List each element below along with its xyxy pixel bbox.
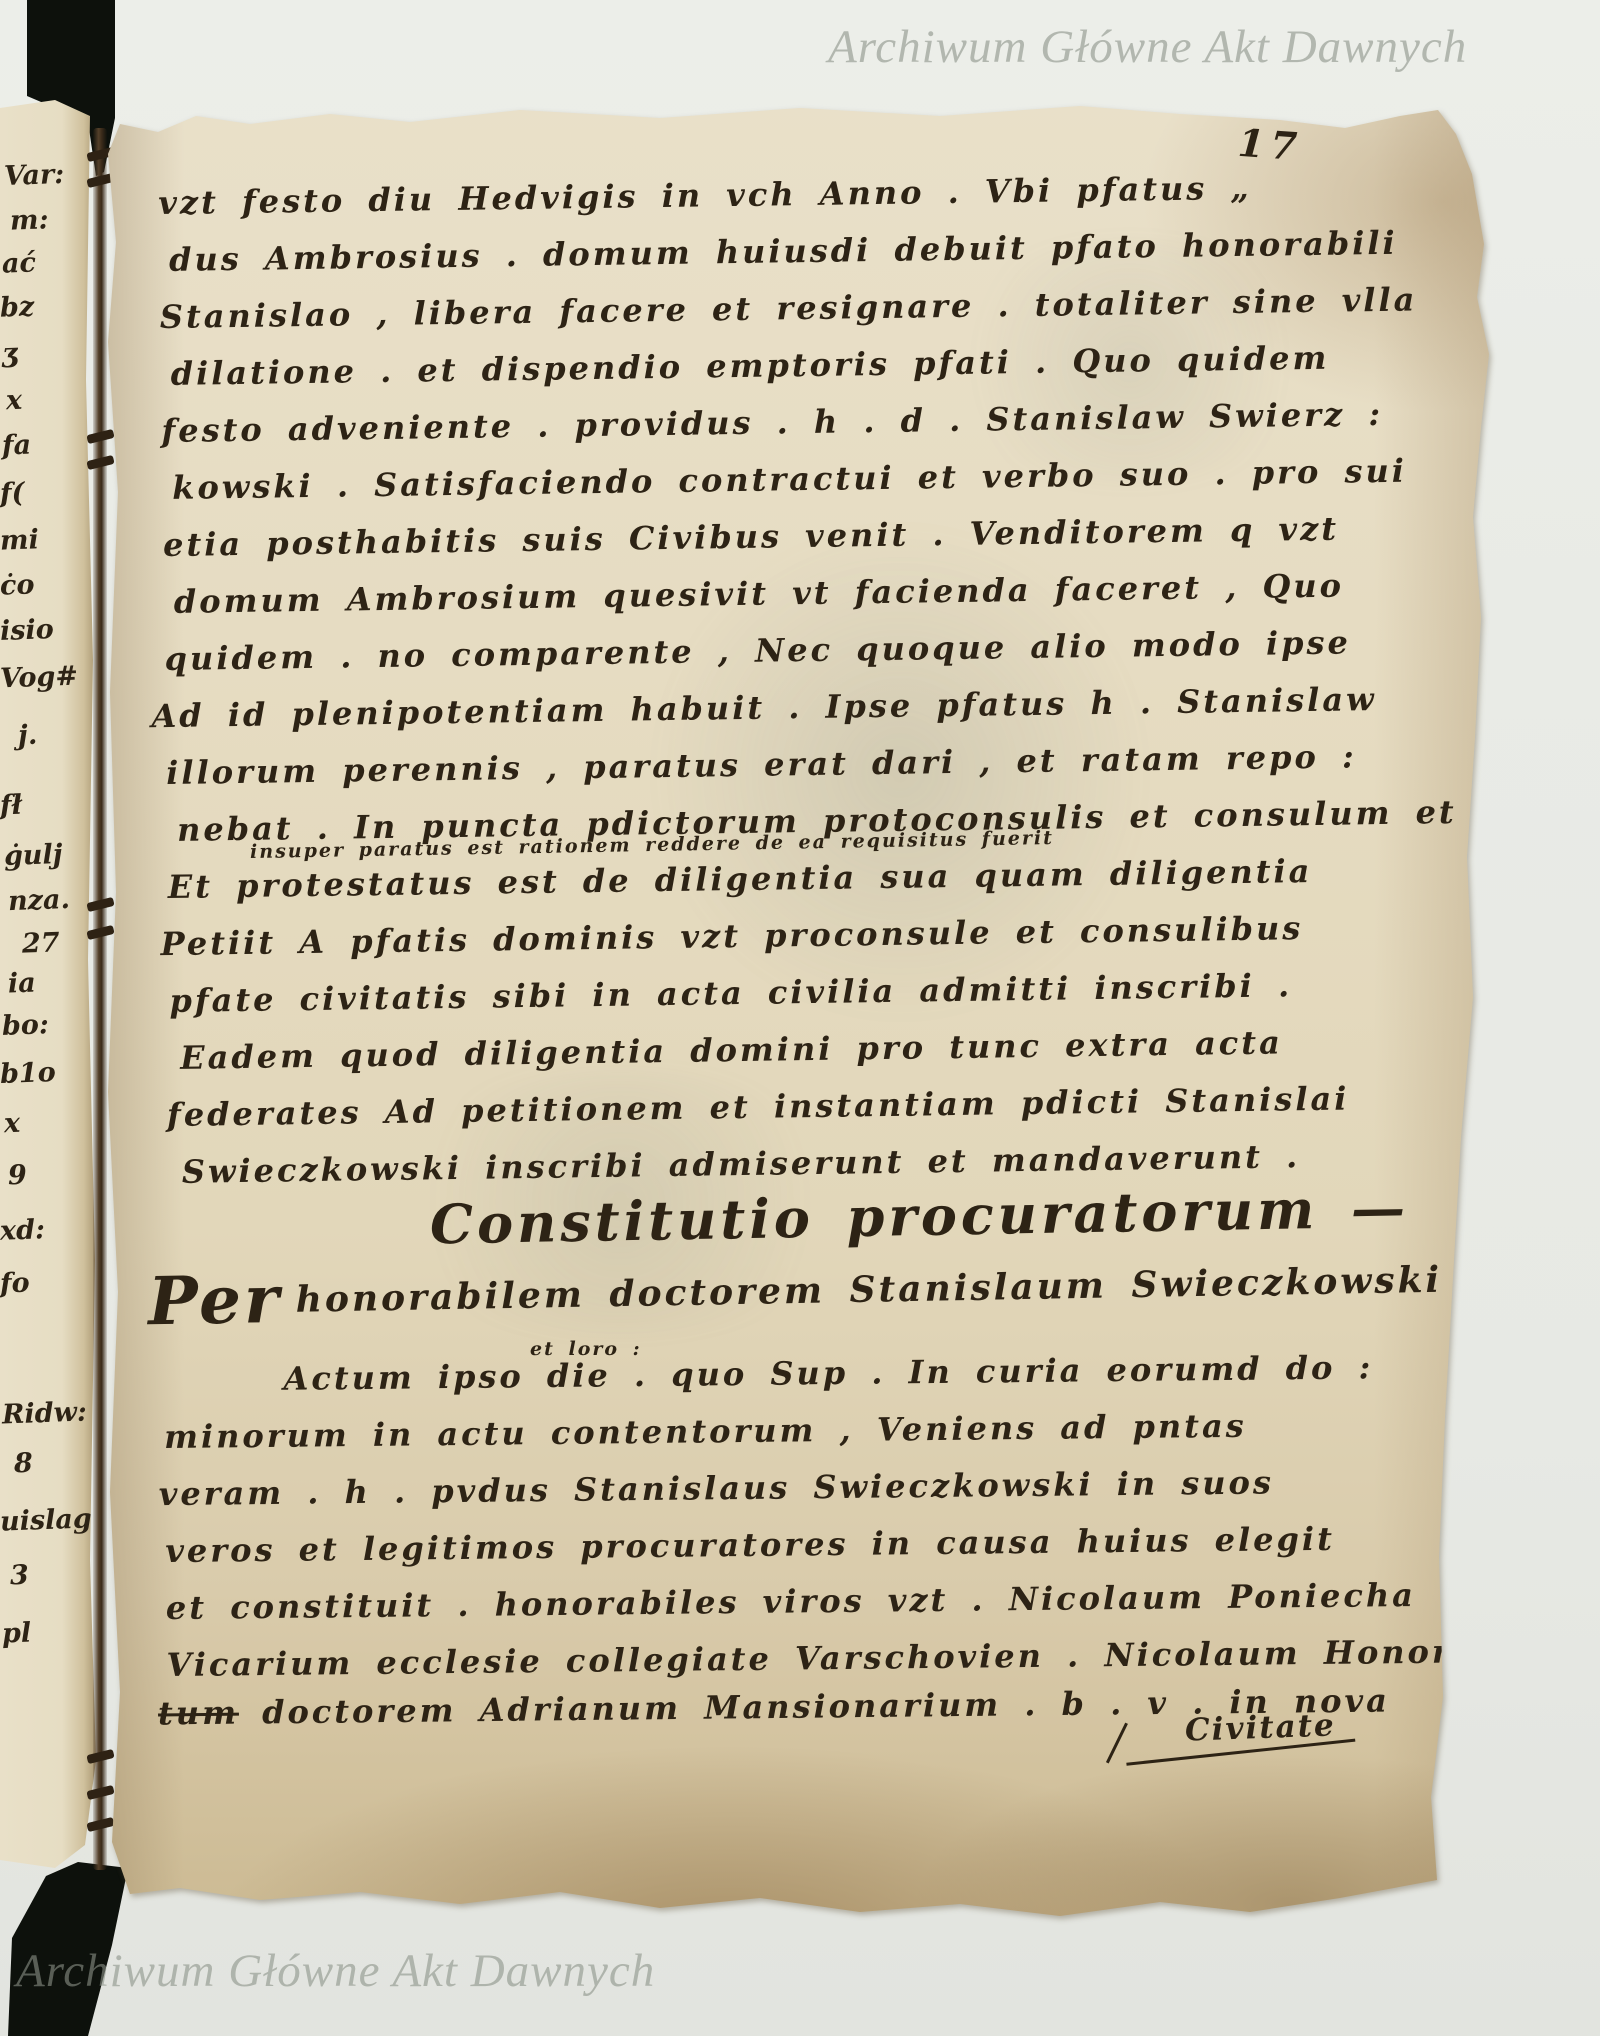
struck-word: tum bbox=[158, 1694, 239, 1733]
manuscript-text-block-2: Actum ipso die . quo Sup . In curia eoru… bbox=[163, 1338, 1514, 1694]
manuscript-page-wrap: 17 vzt festo diu Hedvigis in vch Anno . … bbox=[0, 0, 1600, 2036]
initial-capital: Per bbox=[147, 1260, 296, 1341]
archive-watermark-top: Archiwum Główne Akt Dawnych bbox=[828, 20, 1467, 74]
archive-watermark-bottom: Archiwum Główne Akt Dawnych bbox=[16, 1944, 655, 1998]
closing-word: Civitate bbox=[1184, 1707, 1336, 1748]
manuscript-page: 17 vzt festo diu Hedvigis in vch Anno . … bbox=[100, 92, 1500, 1922]
manuscript-text-block-1: vzt festo diu Hedvigis in vch Anno . Vbi… bbox=[158, 157, 1462, 1201]
